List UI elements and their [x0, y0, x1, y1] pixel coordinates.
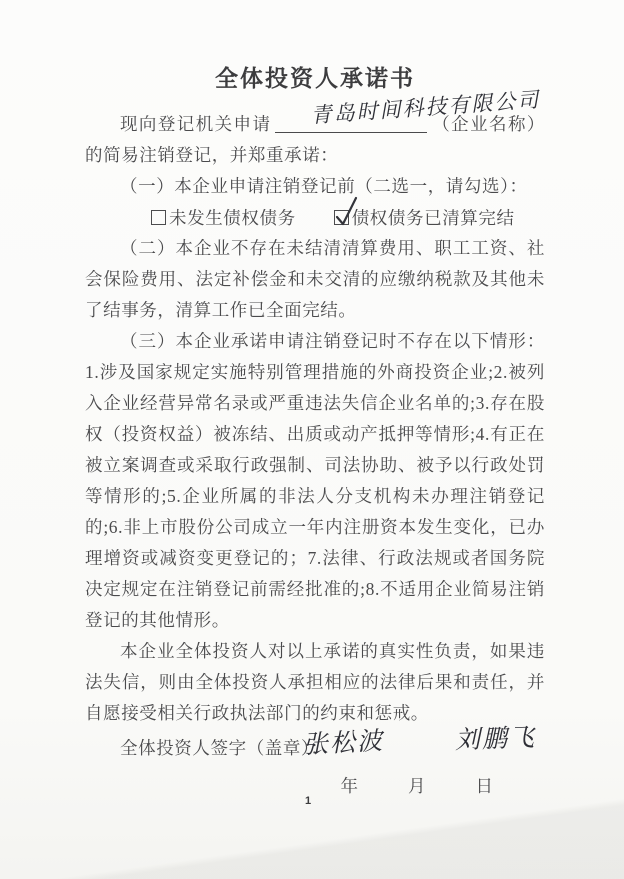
option-debts-settled: 债权债务已清算完结 — [334, 205, 515, 230]
document-content: 全体投资人承诺书 现向登记机关申请青岛时间科技有限公司（企业名称）的简易注销登记… — [0, 0, 624, 802]
page-number: 1 — [0, 795, 616, 807]
signature-label: 全体投资人签字（盖章）： — [120, 738, 328, 758]
signature-liu-pengfei: 刘鹏飞 — [454, 722, 536, 759]
company-name-blank-line: 青岛时间科技有限公司 — [275, 115, 427, 133]
option-no-debts: 未发生债权债务 — [151, 205, 296, 230]
option-debts-settled-label: 债权债务已清算完结 — [352, 205, 515, 230]
option-no-debts-label: 未发生债权债务 — [169, 205, 296, 230]
signature-row: 全体投资人签字（盖章）： 张松波 刘鹏飞 — [85, 731, 545, 771]
section-one-heading: （一）本企业申请注销登记前（二选一，请勾选）： — [85, 171, 545, 202]
signature-zhang-songbo: 张松波 — [302, 725, 385, 763]
scanned-document-page: 全体投资人承诺书 现向登记机关申请青岛时间科技有限公司（企业名称）的简易注销登记… — [0, 0, 624, 879]
checkbox-checked-icon[interactable] — [334, 210, 349, 225]
intro-prefix: 现向登记机关申请 — [120, 114, 271, 134]
checkbox-options-row: 未发生债权债务 债权债务已清算完结 — [151, 202, 545, 233]
scan-shadow-artifact — [0, 799, 624, 879]
handwritten-checkmark-icon — [333, 195, 361, 227]
section-three-paragraph: （三）本企业承诺申请注销登记时不存在以下情形：1.涉及国家规定实施特别管理措施的… — [85, 326, 545, 636]
checkbox-unchecked-icon[interactable] — [151, 210, 166, 225]
intro-paragraph: 现向登记机关申请青岛时间科技有限公司（企业名称）的简易注销登记，并郑重承诺： — [85, 109, 545, 171]
closing-paragraph: 本企业全体投资人对以上承诺的真实性负责，如果违法失信，则由全体投资人承担相应的法… — [85, 636, 545, 729]
section-two-paragraph: （二）本企业不存在未结清清算费用、职工工资、社会保险费用、法定补偿金和未交清的应… — [85, 233, 545, 326]
